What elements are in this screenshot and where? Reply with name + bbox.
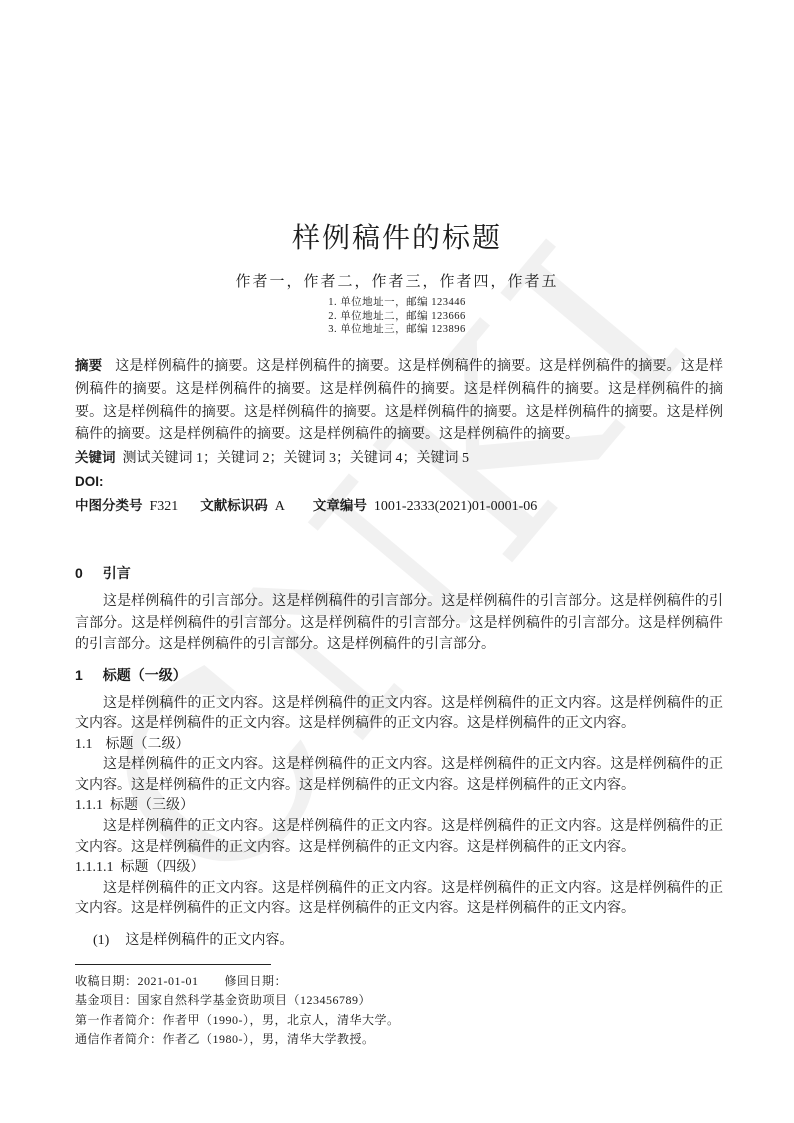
section-paragraph: 这是样例稿件的正文内容。这是样例稿件的正文内容。这是样例稿件的正文内容。这是样例… xyxy=(75,817,723,858)
section-number: 1.1 xyxy=(75,737,93,752)
manuscript-page: CNKI 样例稿件的标题 作者一，作者二，作者三，作者四，作者五 1. 单位地址… xyxy=(0,0,794,1123)
section-paragraph: 这是样例稿件的正文内容。这是样例稿件的正文内容。这是样例稿件的正文内容。这是样例… xyxy=(75,694,723,735)
article-no-value: 1001-2333(2021)01-0001-06 xyxy=(374,499,537,514)
article-body: 0引言 这是样例稿件的引言部分。这是样例稿件的引言部分。这是样例稿件的引言部分。… xyxy=(75,561,723,949)
footnote-corresponding-line: 通信作者简介：作者乙（1980-），男，清华大学教授。 xyxy=(75,1030,723,1049)
section-title: 标题（二级） xyxy=(106,737,190,752)
section-heading-1-1-1-1: 1.1.1.1标题（四级） xyxy=(75,858,723,879)
affiliation-line: 3. 单位地址三，邮编 123896 xyxy=(0,323,794,337)
first-author-label: 第一作者简介： xyxy=(75,1013,163,1027)
doc-code-label: 文献标识码 xyxy=(200,498,268,513)
clc-value: F321 xyxy=(150,499,179,514)
numbered-list-item: (1)这是样例稿件的正文内容。 xyxy=(75,929,723,949)
fund-label: 基金项目： xyxy=(75,993,138,1007)
section-number: 1.1.1 xyxy=(75,798,103,813)
abstract-paragraph: 摘要这是样例稿件的摘要。这是样例稿件的摘要。这是样例稿件的摘要。这是样例稿件的摘… xyxy=(75,355,723,447)
received-date-label: 收稿日期： xyxy=(75,974,138,988)
section-paragraph: 这是样例稿件的正文内容。这是样例稿件的正文内容。这是样例稿件的正文内容。这是样例… xyxy=(75,755,723,796)
article-meta: 摘要这是样例稿件的摘要。这是样例稿件的摘要。这是样例稿件的摘要。这是样例稿件的摘… xyxy=(75,355,723,519)
keywords-text: 测试关键词 1；关键词 2；关键词 3；关键词 4；关键词 5 xyxy=(123,451,470,466)
section-paragraph: 这是样例稿件的引言部分。这是样例稿件的引言部分。这是样例稿件的引言部分。这是样例… xyxy=(75,591,723,656)
clc-label: 中图分类号 xyxy=(75,498,143,513)
keywords-paragraph: 关键词测试关键词 1；关键词 2；关键词 3；关键词 4；关键词 5 xyxy=(75,447,723,471)
abstract-text: 这是样例稿件的摘要。这是样例稿件的摘要。这是样例稿件的摘要。这是样例稿件的摘要。… xyxy=(75,359,723,442)
keywords-label: 关键词 xyxy=(75,450,116,465)
section-heading-0: 0引言 xyxy=(75,563,723,583)
author-list: 作者一，作者二，作者三，作者四，作者五 xyxy=(0,270,794,291)
section-heading-1: 1标题（一级） xyxy=(75,665,723,685)
classification-line: 中图分类号F321文献标识码A文章编号1001-2333(2021)01-000… xyxy=(75,495,723,519)
doi-label: DOI: xyxy=(75,474,104,489)
affiliation-list: 1. 单位地址一，邮编 123446 2. 单位地址二，邮编 123666 3.… xyxy=(0,296,794,337)
section-title: 引言 xyxy=(103,565,131,581)
article-no-label: 文章编号 xyxy=(313,498,367,513)
received-date-value: 2021-01-01 xyxy=(138,974,199,988)
affiliation-line: 1. 单位地址一，邮编 123446 xyxy=(0,296,794,310)
footnote-first-author-line: 第一作者简介：作者甲（1990-），男，北京人，清华大学。 xyxy=(75,1011,723,1030)
article-title: 样例稿件的标题 xyxy=(0,216,794,256)
doi-line: DOI: xyxy=(75,471,723,495)
affiliation-line: 2. 单位地址二，邮编 123666 xyxy=(0,310,794,324)
footnote-rule xyxy=(75,964,271,965)
corresponding-author-label: 通信作者简介： xyxy=(75,1032,163,1046)
corresponding-author-value: 作者乙（1980-），男，清华大学教授。 xyxy=(163,1032,375,1046)
section-heading-1-1-1: 1.1.1标题（三级） xyxy=(75,796,723,817)
first-author-value: 作者甲（1990-），男，北京人，清华大学。 xyxy=(163,1013,400,1027)
revised-date-label: 修回日期： xyxy=(225,974,288,988)
fund-value: 国家自然科学基金资助项目（123456789） xyxy=(138,993,372,1007)
section-title: 标题（四级） xyxy=(121,860,205,875)
footnote-fund-line: 基金项目：国家自然科学基金资助项目（123456789） xyxy=(75,991,723,1010)
section-number: 1.1.1.1 xyxy=(75,860,114,875)
list-item-marker: (1) xyxy=(93,933,109,948)
abstract-label: 摘要 xyxy=(75,358,102,373)
footnote-dates-line: 收稿日期：2021-01-01修回日期： xyxy=(75,972,723,991)
section-number: 0 xyxy=(75,565,83,581)
section-heading-1-1: 1.1标题（二级） xyxy=(75,735,723,756)
footnote-block: 收稿日期：2021-01-01修回日期： 基金项目：国家自然科学基金资助项目（1… xyxy=(75,964,723,1050)
doc-code-value: A xyxy=(275,499,285,514)
section-title: 标题（一级） xyxy=(103,667,187,683)
list-item-text: 这是样例稿件的正文内容。 xyxy=(125,933,293,948)
section-paragraph: 这是样例稿件的正文内容。这是样例稿件的正文内容。这是样例稿件的正文内容。这是样例… xyxy=(75,879,723,920)
section-title: 标题（三级） xyxy=(110,798,194,813)
section-number: 1 xyxy=(75,667,83,683)
